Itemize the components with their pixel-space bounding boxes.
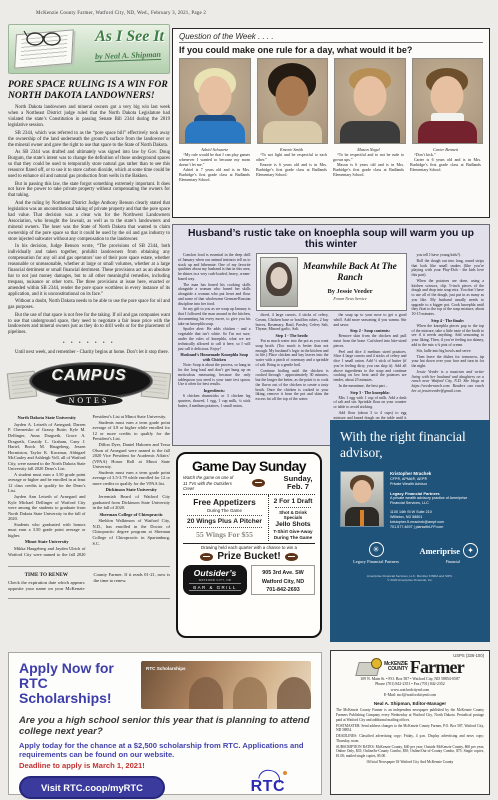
firm-sub: A private wealth advisory practice of Am…	[390, 496, 480, 506]
child-quote: “My rule would be that I can play games …	[179, 153, 250, 168]
ad-headline: With the right financial advisor,	[340, 429, 480, 461]
offer: Free Appetizers	[183, 497, 266, 507]
football-icon	[285, 553, 298, 561]
advisor-photo	[340, 471, 384, 527]
ranch-paragraph: Mix 1 egg with 1 cup of milk. Add a dash…	[334, 396, 407, 410]
editorial-paragraph: But in passing this law, the state forgo…	[8, 182, 170, 200]
masthead-email: E-Mail: mcf@watfordcitynd.com	[336, 693, 484, 698]
ranch-paragraph: When the potatoes are done, using a kitc…	[412, 279, 485, 317]
rtc-logo: RTC	[251, 778, 285, 796]
recipe-heading: Step 4 - The finale:	[412, 318, 485, 323]
child-bio: Adriel is 7 years old and is in Mrs. Bur…	[179, 168, 250, 183]
recipe-heading: Step 2 - Soup contents:	[334, 328, 407, 333]
ranch-paragraph: Then leave the dishes for tomorrow, tip …	[412, 355, 485, 369]
ad-address: 905 3rd Ave. SW Watford City, ND 701-842…	[251, 565, 315, 595]
ranch-paragraph: Roll the dough out into long, round stri…	[412, 259, 485, 278]
ranch-col-4: you tell I have young kids?). Roll the d…	[412, 253, 485, 436]
newspaper-page: McKenzie County Farmer, Watford City, ND…	[0, 0, 498, 800]
editor-line: Neal A. Shipman, Editor-Manager	[336, 701, 484, 707]
campus-heading: Minot State University	[8, 539, 86, 545]
child-photo	[334, 58, 406, 144]
campus-logo-text: CAMPUS	[8, 367, 170, 385]
offer: 2 For 1 Draft	[271, 498, 315, 505]
deadline-text: Deadline to apply is March 1, 2021!	[19, 761, 311, 770]
masthead-box: USPS (336-100) McKENZIE COUNTY Farmer 10…	[330, 650, 490, 795]
compass-icon: ✦	[463, 543, 478, 558]
ameriprise-ad: With the right financial advisor, Kristo…	[330, 420, 490, 642]
editorial-paragraph: But the use of that space is not free fo…	[8, 313, 170, 337]
ranch-paragraph: Stir, ladle into big bowls and serve.	[412, 349, 485, 354]
campus-heading: North Dakota State University	[8, 415, 86, 421]
ranch-article-box: Husband’s rustic take on knoephla soup w…	[172, 224, 490, 446]
column-byline: By Jessie Veeder	[298, 288, 403, 296]
prize-text: Prize Bucket!	[217, 551, 280, 562]
editorial-paragraph: In his decision, Judge Benson wrote, “Th…	[8, 244, 170, 297]
qow-captions: Adriel Schwartz “My rule would be that I…	[179, 147, 483, 182]
campus-paragraph: Jerremiah Beard of Watford City graduate…	[93, 494, 171, 511]
column-byline: by Neal A. Shipman	[95, 50, 161, 62]
column-title: Meanwhile Back At The Ranch	[298, 262, 403, 285]
masthead-subscriptions: SUBSCRIPTION RATES: McKenzie County, $40…	[336, 745, 484, 759]
ranch-paragraph: Note: Soup is about the process, so hang…	[178, 363, 251, 387]
ranch-paragraph: Comfort food is essential in the deep ch…	[178, 253, 251, 282]
child-bio: Emorie is 6 years old and is in Mrs. Bur…	[256, 163, 327, 178]
campus-heading: Dickinson State University	[93, 487, 171, 493]
question-of-week-box: Question of the Week . . . . If you coul…	[172, 28, 490, 218]
campus-paragraph: Students must earn a term grade point av…	[93, 470, 171, 487]
farmer-logo	[356, 658, 382, 676]
column-title: As I See It	[95, 28, 164, 46]
section-separator: • • • • • • •	[8, 341, 170, 346]
ameriprise-logo: Ameriprise ✦ Financial	[420, 543, 478, 564]
qow-answer: Carter Bennett “Don’t kick.” Carter is 6…	[410, 147, 481, 182]
author-tagline: Jessie Veeder is a musician and writer l…	[412, 370, 485, 394]
campus-paragraph: Dillon Dyer, Daniel Halonen and Tessa Ol…	[93, 442, 171, 470]
usps-number: USPS (336-100)	[453, 653, 484, 659]
campus-notes-logo: CAMPUS NOTES	[8, 362, 170, 410]
ranch-col-3: the soup up to your nose to get a good w…	[334, 313, 407, 436]
child-photo	[257, 58, 329, 144]
football-icon	[200, 553, 213, 561]
as-i-see-it-banner: As I See It by Neal A. Shipman	[8, 24, 170, 74]
campus-notes-text: North Dakota State University Jayden A. …	[8, 414, 170, 557]
drawing-note: Drawing held each quarter with a chance …	[183, 543, 315, 551]
editorial-paragraph: Without a doubt, North Dakota needs to b…	[8, 299, 170, 311]
renew-title: TIME TO RENEW	[8, 572, 85, 579]
offer: Jello Shots	[271, 521, 315, 528]
ranch-paragraph: So my gift to you as we wrap up January …	[178, 307, 251, 326]
offer: T-Shirt Give-Away	[271, 529, 315, 534]
rtc-visit-button[interactable]: Visit RTC.coop/myRTC	[19, 776, 165, 799]
brand-county: McKENZIE COUNTY	[384, 662, 408, 672]
masthead-postmaster: POSTMASTER: Send address changes to the …	[336, 724, 484, 733]
editorial-paragraph: And the ruling by Northeast District Jud…	[8, 201, 170, 243]
offer: 20 Wings Plus A Pitcher	[183, 518, 266, 525]
ad-fineprint: Ameriprise Financial Services, LLC. Memb…	[340, 574, 480, 583]
offers-right: 2 For 1 Draft Shot & Drink Specials Jell…	[268, 495, 315, 541]
rtc-ad: Apply Now for RTC Scholarships! RTC Scho…	[8, 652, 322, 795]
glasses-icon	[23, 27, 63, 49]
ad-title: Apply Now for RTC Scholarships!	[19, 661, 131, 709]
qow-photos	[179, 58, 483, 144]
ad-title: Game Day Sunday	[183, 458, 315, 474]
qow-answer: Emorie Smith “To not fight and be respec…	[256, 147, 327, 182]
meanwhile-title-box: Meanwhile Back At The Ranch By Jessie Ve…	[256, 253, 407, 311]
offer: 55 Wings For $55	[183, 530, 266, 539]
child-photo	[179, 58, 251, 144]
author-photo	[260, 257, 298, 307]
page-header: McKenzie County Farmer, Watford City, ND…	[36, 11, 206, 16]
ranch-paragraph: Continue boiling until the chicken is co…	[256, 369, 329, 402]
recipe-heading: Ingredients:	[178, 388, 251, 393]
event-date: Sunday, Feb. 7	[281, 475, 315, 492]
outsiders-logo: Outsider’s WATFORD CITY, ND BAR & GRILL	[183, 565, 247, 595]
masthead-official: Official Newspaper Of Watford City And M…	[336, 760, 484, 765]
offers-left: Free Appetizers During The Game 20 Wings…	[183, 495, 268, 541]
child-photo	[412, 58, 484, 144]
recipe-heading: Step 3 - The knoephla:	[334, 390, 407, 395]
offer: Shot & Drink Specials	[271, 510, 315, 520]
masthead-deadlines: DEADLINES: Classified advertising copy: …	[336, 734, 484, 743]
star-icon: ✳	[369, 542, 384, 557]
qow-answer: Mason Nagel “To be respectful and to not…	[333, 147, 404, 182]
ranch-col-2: diced, 4 large carrots, 4 sticks of cele…	[256, 313, 329, 436]
ranch-paragraph: Put as much water into the pot as you wa…	[256, 339, 329, 368]
brand-name: Farmer	[410, 659, 464, 675]
editorial-paragraph: As SB 2344 was drafted and ultimately wa…	[8, 150, 170, 180]
ad-tagline: Watch the game on one of 11 TVs with the…	[183, 475, 235, 491]
ad-question: Are you a high school senior this year t…	[19, 715, 311, 737]
qow-question: If you could make one rule for a day, wh…	[179, 45, 483, 55]
campus-paragraph: Sheldon Walkinson of Watford City, N.D.,…	[93, 518, 171, 546]
ranch-paragraph: When the knoephla pieces pop to the top …	[412, 324, 485, 348]
left-column: As I See It by Neal A. Shipman PORE SPAC…	[8, 24, 170, 599]
campus-paragraph: Jayden Ann Leiseth of Arnegard and Kyle …	[8, 494, 86, 522]
campus-paragraph: Jayden A. Leiseth of Arnegard; Darren P.…	[8, 422, 86, 472]
ranch-paragraph: The man has honed his cooking skills alo…	[178, 283, 251, 307]
child-bio: Carter is 6 years old and is in Mrs. Bur…	[410, 158, 481, 173]
offer-sub: During The Game	[271, 535, 315, 540]
news-service: Forum News Service	[298, 297, 403, 302]
campus-heading: Sherman College of Chiropractic	[93, 512, 171, 518]
football-icon	[235, 479, 281, 487]
campus-paragraph: A student must earn a 3.50 grade point a…	[8, 472, 86, 494]
masthead-paragraph: The McKenzie County Farmer is an indepen…	[336, 708, 484, 722]
photo-label: RTC Scholarships	[146, 666, 186, 672]
editorial-paragraph: SB 2344, which was referred to as the “p…	[8, 131, 170, 149]
offer-sub: During The Game	[183, 508, 266, 513]
time-to-renew-notice: TIME TO RENEW Check the expiration date …	[8, 566, 170, 599]
ranch-headline: Husband’s rustic take on knoephla soup w…	[178, 228, 484, 250]
ranch-paragraph: you tell I have young kids?).	[412, 253, 485, 258]
notes-logo-text: NOTES	[55, 394, 124, 407]
editorial-closing: Until next week, and remember - Charity …	[8, 350, 170, 356]
ranch-paragraph: Remove skin from the chicken and pull me…	[334, 334, 407, 348]
ranch-col-1: Comfort food is essential in the deep ch…	[178, 253, 251, 436]
ranch-paragraph: Peel and dice 4 medium sized potatoes. S…	[334, 350, 407, 383]
campus-paragraph: Students who graduated with honors must …	[8, 522, 86, 539]
editorial-paragraph: North Dakota landowners and mineral owne…	[8, 105, 170, 129]
gameday-ad: Game Day Sunday Watch the game on one of…	[176, 452, 322, 638]
ranch-paragraph: 6 chicken drumsticks or 3 chicken leg qu…	[178, 394, 251, 408]
legacy-logo: ✳ Legacy Financial Partners	[342, 542, 410, 564]
qow-kicker: Question of the Week . . . .	[179, 32, 483, 43]
advisor-phone: 701.577.4697 | planwithLFP.com	[390, 525, 480, 530]
recipe-heading: Step 1 - The broth:	[256, 333, 329, 338]
ranch-paragraph: diced, 4 large carrots, 4 sticks of cele…	[256, 313, 329, 332]
ranch-paragraph: Spoiler alert: He adds chicken - and a v…	[178, 327, 251, 351]
ad-body: Apply today for the chance at a $2,500 s…	[19, 741, 311, 760]
ranch-paragraph: In the meantime, the best part...	[334, 384, 407, 389]
qow-answer: Adriel Schwartz “My rule would be that I…	[179, 147, 250, 182]
campus-paragraph: Students must earn a term grade point av…	[93, 420, 171, 442]
recipe-heading: Husband’s Homemade Knoephla Soup with Ch…	[178, 352, 251, 362]
editorial-headline: PORE SPACE RULING IS A WIN FOR NORTH DAK…	[8, 80, 170, 101]
ranch-paragraph: the soup up to your nose to get a good w…	[334, 313, 407, 327]
scholarship-photo: RTC Scholarships	[141, 661, 311, 709]
child-bio: Mason is 6 years old and is in Mrs. Burb…	[333, 163, 404, 178]
